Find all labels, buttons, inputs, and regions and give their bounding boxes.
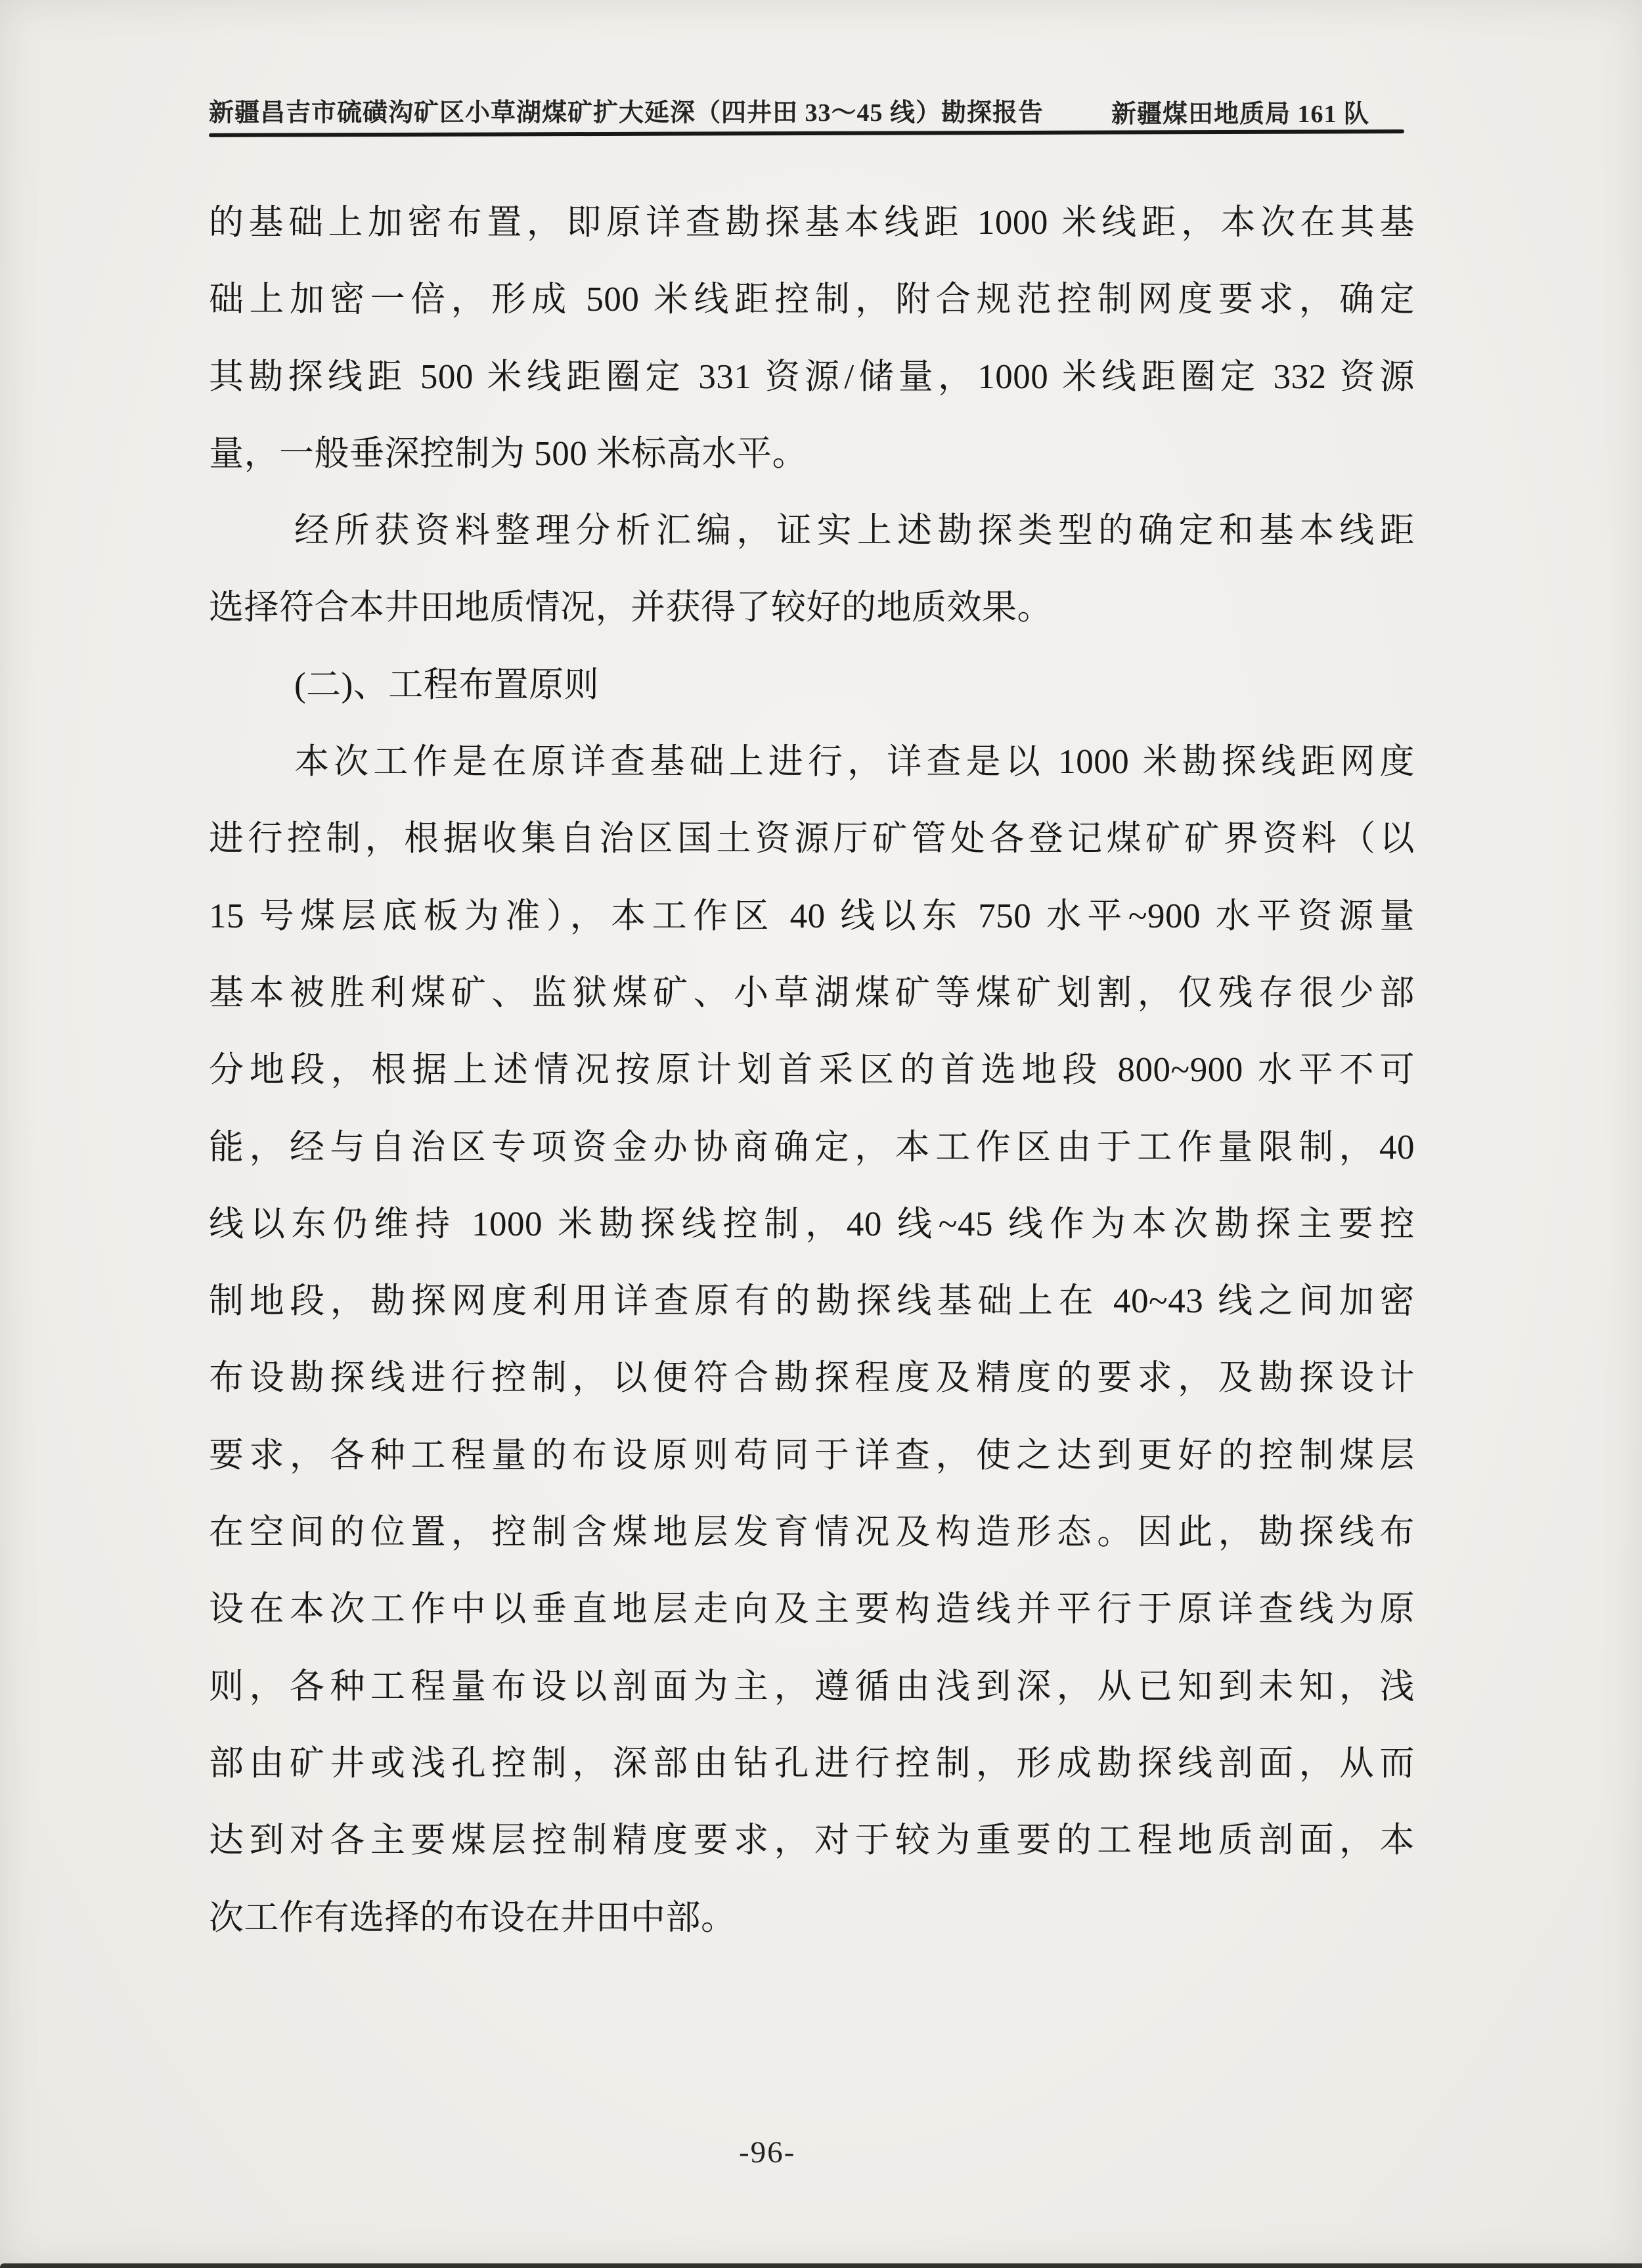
paragraph-line: 量，一般垂深控制为 500 米标高水平。 bbox=[209, 416, 1415, 493]
paragraph-line: 的基础上加密布置，即原详查勘探基本线距 1000 米线距，本次在其基 bbox=[209, 185, 1415, 261]
paragraph-line: 础上加密一倍，形成 500 米线距控制，附合规范控制网度要求，确定 bbox=[209, 261, 1415, 338]
paragraph-line: 本次工作是在原详查基础上进行，详查是以 1000 米勘探线距网度 bbox=[209, 724, 1415, 801]
paragraph-line: 分地段，根据上述情况按原计划首采区的首选地段 800~900 水平不可 bbox=[209, 1032, 1415, 1109]
scanned-report-page: 新疆昌吉市硫磺沟矿区小草湖煤矿扩大延深（四井田 33～45 线）勘探报告 新疆煤… bbox=[0, 0, 1642, 2268]
scan-bottom-edge bbox=[0, 2263, 1642, 2268]
paragraph-line: 15 号煤层底板为准），本工作区 40 线以东 750 水平~900 水平资源量 bbox=[209, 878, 1415, 955]
paragraph-line: 则，各种工程量布设以剖面为主，遵循由浅到深，从已知到未知，浅 bbox=[209, 1649, 1415, 1725]
paragraph-line: 布设勘探线进行控制，以便符合勘探程度及精度的要求，及勘探设计 bbox=[209, 1340, 1415, 1417]
paragraph-line: 基本被胜利煤矿、监狱煤矿、小草湖煤矿等煤矿划割，仅残存很少部 bbox=[209, 955, 1415, 1032]
paragraph-line: 达到对各主要煤层控制精度要求，对于较为重要的工程地质剖面，本 bbox=[209, 1802, 1415, 1879]
header-left-title: 新疆昌吉市硫磺沟矿区小草湖煤矿扩大延深（四井田 33～45 线）勘探报告 bbox=[209, 92, 1076, 128]
body-text: 的基础上加密布置，即原详查勘探基本线距 1000 米线距，本次在其基础上加密一倍… bbox=[209, 185, 1415, 1957]
paragraph-line: 选择符合本井田地质情况，并获得了较好的地质效果。 bbox=[209, 569, 1415, 646]
page-number: -96- bbox=[739, 2135, 795, 2170]
paragraph-line: 经所获资料整理分析汇编，证实上述勘探类型的确定和基本线距 bbox=[209, 493, 1415, 569]
paragraph-line: 线以东仍维持 1000 米勘探线控制，40 线~45 线作为本次勘探主要控 bbox=[209, 1186, 1415, 1263]
paragraph-line: 设在本次工作中以垂直地层走向及主要构造线并平行于原详查线为原 bbox=[209, 1571, 1415, 1648]
paragraph-line: 次工作有选择的布设在井田中部。 bbox=[209, 1880, 1415, 1957]
paragraph-line: 进行控制，根据收集自治区国土资源厅矿管处各登记煤矿矿界资料（以 bbox=[209, 801, 1415, 878]
paragraph-line: 其勘探线距 500 米线距圈定 331 资源/储量，1000 米线距圈定 332… bbox=[209, 339, 1415, 416]
paragraph-line: 制地段，勘探网度利用详查原有的勘探线基础上在 40~43 线之间加密 bbox=[209, 1263, 1415, 1340]
paragraph-line: 要求，各种工程量的布设原则苟同于详查，使之达到更好的控制煤层 bbox=[209, 1417, 1415, 1494]
header-rule bbox=[209, 129, 1404, 137]
paragraph-line: 在空间的位置，控制含煤地层发育情况及构造形态。因此，勘探线布 bbox=[209, 1494, 1415, 1571]
header-right-title: 新疆煤田地质局 161 队 bbox=[1111, 93, 1369, 129]
paragraph-line: 部由矿井或浅孔控制，深部由钻孔进行控制，形成勘探线剖面，从而 bbox=[209, 1725, 1415, 1802]
paragraph-line: (二)、工程布置原则 bbox=[209, 647, 1415, 724]
paragraph-line: 能，经与自治区专项资金办协商确定，本工作区由于工作量限制，40 bbox=[209, 1109, 1415, 1186]
